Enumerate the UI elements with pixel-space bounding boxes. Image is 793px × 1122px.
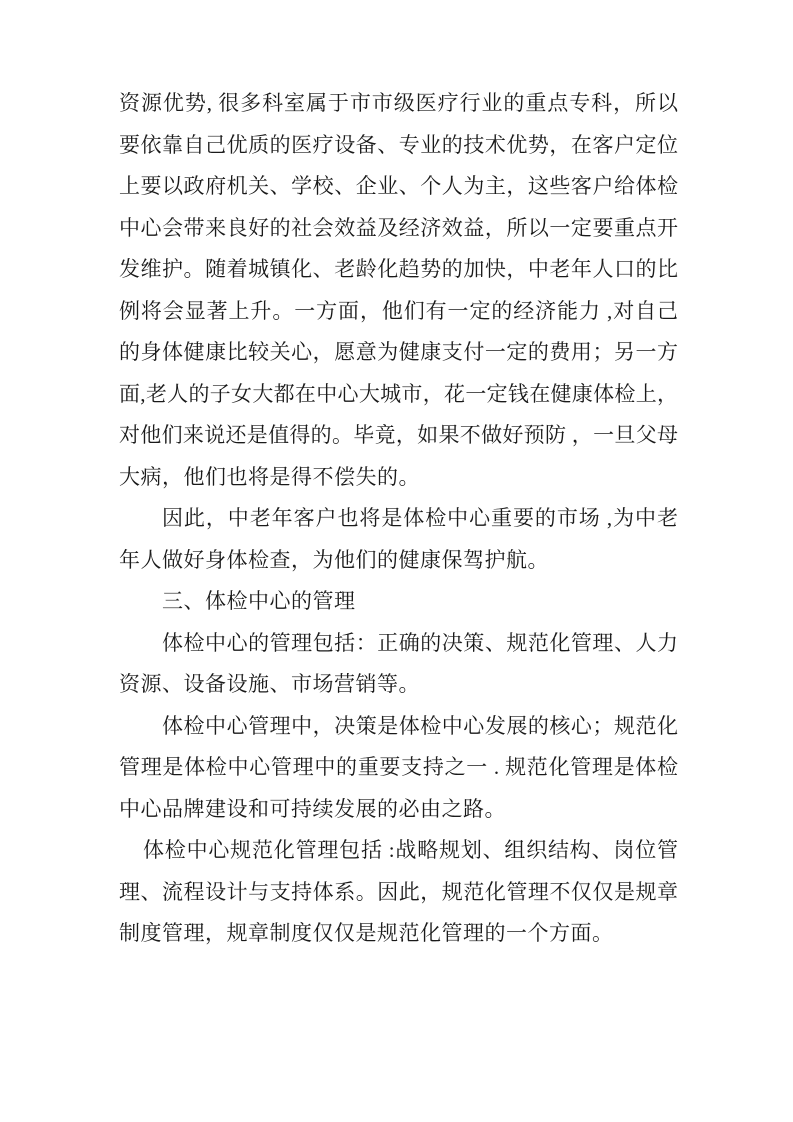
text-line: 制度管理，规章制度仅仅是规范化管理的一个方面。 [119,913,678,955]
text-line: 体检中心的管理包括：正确的决策、规范化管理、人力 [119,623,678,665]
text-line: 资源、设备设施、市场营销等。 [119,664,678,706]
text-block: 资源优势, 很多科室属于市市级医疗行业的重点专科，所以要依靠自己优质的医疗设备、… [119,83,678,955]
text-line: 体检中心规范化管理包括 :战略规划、组织结构、岗位管 [119,830,678,872]
text-line: 面,老人的子女大都在中心大城市，花一定钱在健康体检上， [119,374,678,416]
text-line: 例将会显著上升。一方面，他们有一定的经济能力 ,对自己 [119,291,678,333]
text-line: 管理是体检中心管理中的重要支持之一 . 规范化管理是体检 [119,747,678,789]
text-line: 年人做好身体检查，为他们的健康保驾护航。 [119,540,678,582]
text-line: 对他们来说还是值得的。毕竟，如果不做好预防 ，一旦父母 [119,415,678,457]
text-line: 三、体检中心的管理 [119,581,678,623]
text-line: 中心品牌建设和可持续发展的必由之路。 [119,789,678,831]
text-line: 理、流程设计与支持体系。因此，规范化管理不仅仅是规章 [119,872,678,914]
text-line: 资源优势, 很多科室属于市市级医疗行业的重点专科，所以 [119,83,678,125]
text-line: 要依靠自己优质的医疗设备、专业的技术优势，在客户定位 [119,125,678,167]
text-line: 中心会带来良好的社会效益及经济效益，所以一定要重点开 [119,208,678,250]
text-line: 的身体健康比较关心，愿意为健康支付一定的费用；另一方 [119,332,678,374]
text-line: 上要以政府机关、学校、企业、个人为主，这些客户给体检 [119,166,678,208]
text-line: 体检中心管理中，决策是体检中心发展的核心；规范化 [119,706,678,748]
document-page: 资源优势, 很多科室属于市市级医疗行业的重点专科，所以要依靠自己优质的医疗设备、… [0,0,793,1122]
text-line: 大病，他们也将是得不偿失的。 [119,457,678,499]
text-line: 发维护。随着城镇化、老龄化趋势的加快，中老年人口的比 [119,249,678,291]
text-line: 因此，中老年客户也将是体检中心重要的市场 ,为中老 [119,498,678,540]
